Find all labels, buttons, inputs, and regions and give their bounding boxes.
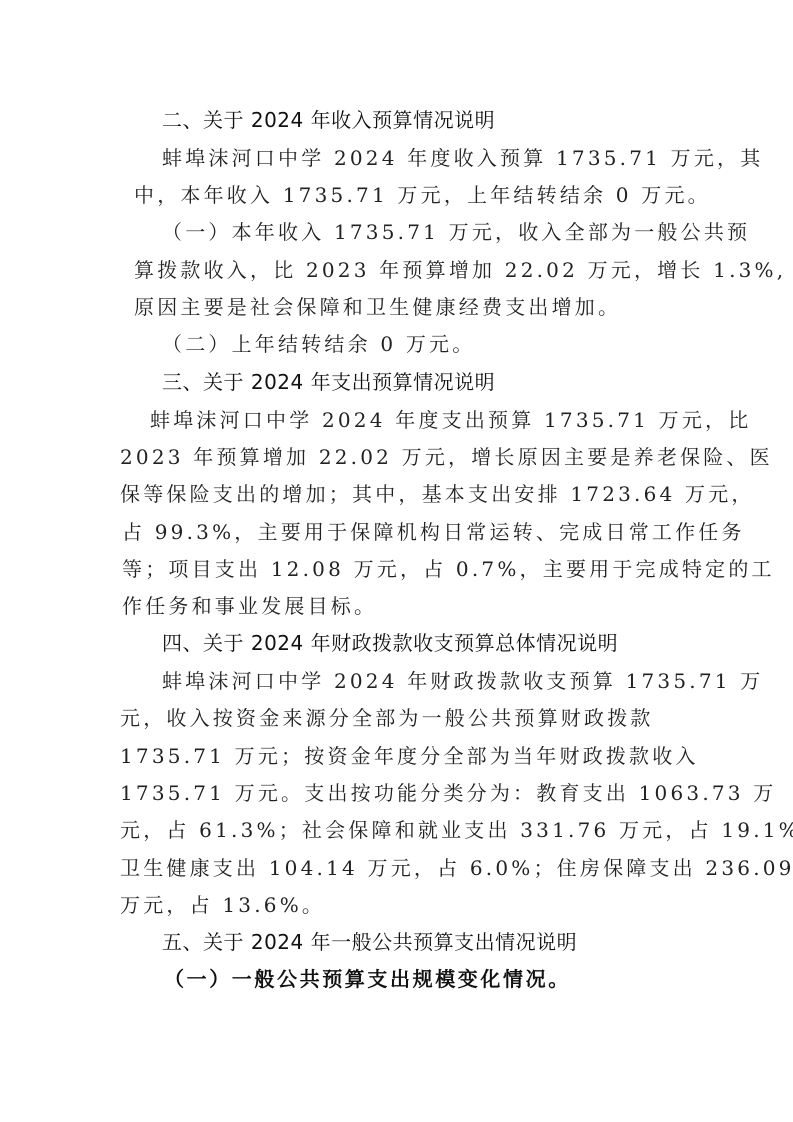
section-3-line-5: 等；项目支出 12.08 万元，占 0.7%，主要用于完成特定的工 [122, 557, 775, 581]
section-4-heading: 四、关于 2024 年财政拨款收支预算总体情况说明 [162, 631, 618, 655]
section-3-line-6: 作任务和事业发展目标。 [122, 594, 377, 618]
section-2-heading: 二、关于 2024 年收入预算情况说明 [162, 108, 495, 132]
section-2-line-3: （一）本年收入 1735.71 万元，收入全部为一般公共预 [162, 220, 750, 244]
section-3-line-2: 2023 年预算增加 22.02 万元，增长原因主要是养老保险、医 [120, 445, 773, 469]
section-4-line-2: 元，收入按资金来源分全部为一般公共预算财政拨款 [120, 706, 654, 730]
section-4-line-7: 万元，占 13.6%。 [120, 893, 325, 917]
section-4-line-5: 元，占 61.3%；社会保障和就业支出 331.76 万元，占 19.1%; [120, 818, 793, 842]
section-3-heading: 三、关于 2024 年支出预算情况说明 [162, 370, 495, 394]
section-5-subheading: （一）一般公共预算支出规模变化情况。 [164, 967, 571, 991]
section-4-line-6: 卫生健康支出 104.14 万元，占 6.0%；住房保障支出 236.09 [120, 856, 793, 880]
section-4-line-3: 1735.71 万元；按资金年度分全部为当年财政拨款收入 [120, 744, 699, 768]
section-3-line-1: 蚌埠沫河口中学 2024 年度支出预算 1735.71 万元，比 [150, 408, 751, 432]
section-2-line-2: 中，本年收入 1735.71 万元，上年结转结余 0 万元。 [134, 183, 711, 207]
document-page: 二、关于 2024 年收入预算情况说明 蚌埠沫河口中学 2024 年度收入预算 … [0, 0, 793, 1122]
section-2-line-1: 蚌埠沫河口中学 2024 年度收入预算 1735.71 万元，其 [162, 146, 763, 170]
section-2-line-4: 算拨款收入，比 2023 年预算增加 22.02 万元，增长 1.3%, [134, 258, 786, 282]
section-3-line-4: 占 99.3%，主要用于保障机构日常运转、完成日常工作任务 [122, 520, 745, 544]
section-5-heading: 五、关于 2024 年一般公共预算支出情况说明 [162, 930, 577, 954]
section-3-line-3: 保等保险支出的增加；其中，基本支出安排 1723.64 万元， [120, 482, 755, 506]
section-2-line-5: 原因主要是社会保障和卫生健康经费支出增加。 [134, 295, 621, 319]
section-2-line-6: （二）上年结转结余 0 万元。 [162, 332, 475, 356]
section-4-line-1: 蚌埠沫河口中学 2024 年财政拨款收支预算 1735.71 万 [162, 669, 763, 693]
section-4-line-4: 1735.71 万元。支出按功能分类分为：教育支出 1063.73 万 [120, 781, 776, 805]
